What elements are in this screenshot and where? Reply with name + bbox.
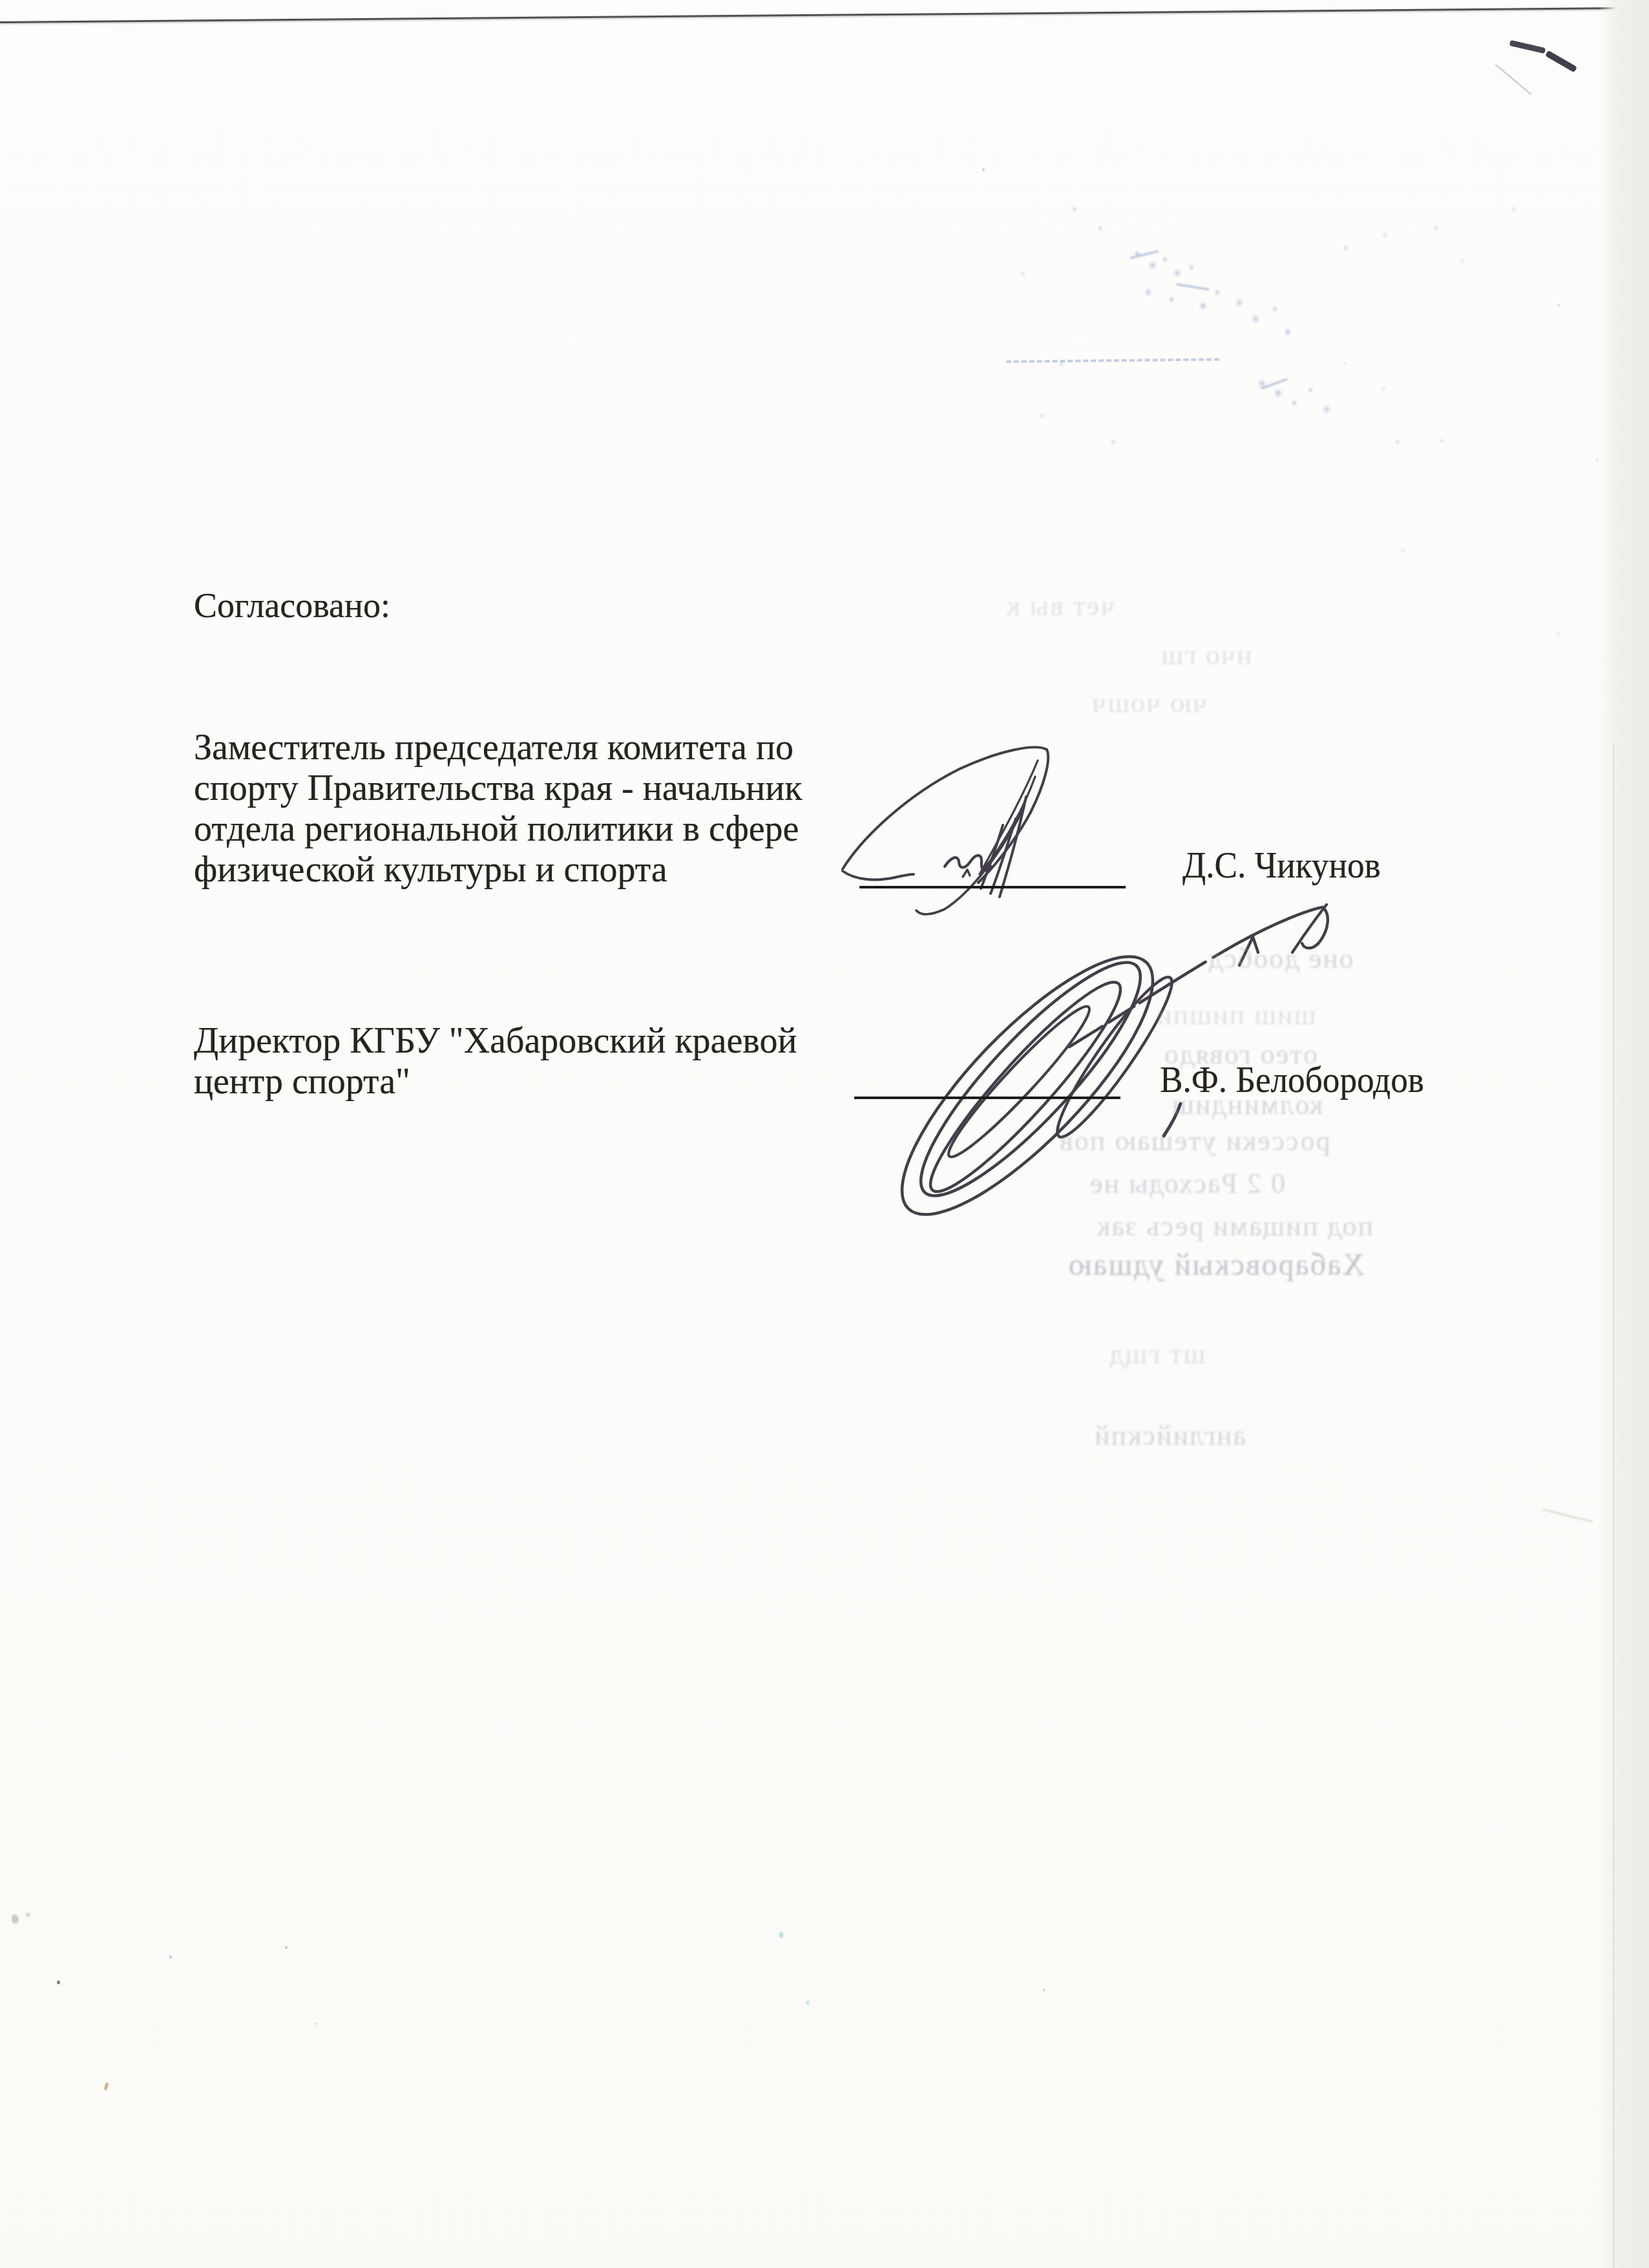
ink-bleed-dots bbox=[1344, 362, 1346, 364]
scan-right-edge-band bbox=[1599, 0, 1649, 2268]
signatory-1-title-line: физической культуры и спорта bbox=[194, 850, 802, 890]
approval-label: Согласовано: bbox=[194, 585, 390, 625]
ink-bleed-stroke bbox=[1176, 283, 1210, 291]
scan-speck bbox=[26, 1913, 30, 1917]
bleedthrough-text: шиш пишпи bbox=[1155, 998, 1316, 1031]
bleedthrough-text: шт гщд bbox=[1108, 1338, 1205, 1370]
bleedthrough-text: нчо гш bbox=[1160, 638, 1252, 671]
ink-bleed-stroke bbox=[1129, 249, 1159, 259]
scan-speck bbox=[315, 2022, 318, 2025]
ink-bleed-dots bbox=[982, 168, 985, 171]
signatory-1-title-line: отдела региональной политики в сфере bbox=[194, 809, 802, 850]
scan-speck bbox=[1043, 1989, 1045, 1991]
signatory-2-title: Директор КГБУ "Хабаровский краевой центр… bbox=[194, 1021, 797, 1102]
scan-speck bbox=[57, 1980, 60, 1984]
bleedthrough-text: оне дообсд bbox=[1207, 942, 1354, 975]
bleedthrough-text: колминдиш bbox=[1171, 1088, 1323, 1121]
signatory-1-name: Д.С. Чикунов bbox=[1182, 845, 1381, 887]
ink-bleed-stain bbox=[982, 168, 1564, 517]
signatory-1-title-line: Заместитель председателя комитета по bbox=[194, 728, 802, 768]
ink-bleed-dashed-line bbox=[1006, 358, 1219, 362]
staple-mark bbox=[1480, 26, 1622, 116]
signatory-2-title-line: Директор КГБУ "Хабаровский краевой bbox=[194, 1021, 797, 1062]
bleedthrough-text: чю чошч bbox=[1091, 686, 1207, 719]
bleedthrough-text: английскпй bbox=[1093, 1419, 1246, 1452]
scan-speck bbox=[12, 1915, 19, 1924]
scan-speck bbox=[169, 1955, 172, 1958]
scan-top-edge-line bbox=[0, 7, 1649, 23]
scanned-document-page: Согласовано: Заместитель председателя ко… bbox=[0, 0, 1649, 2268]
bleedthrough-text: россеки утешаю пов bbox=[1058, 1124, 1330, 1157]
bleedthrough-text: чет вы к bbox=[1005, 589, 1115, 622]
staple-scratch bbox=[1495, 64, 1531, 95]
bleedthrough-text: отео говядо bbox=[1163, 1038, 1318, 1071]
scan-speck bbox=[1557, 304, 1560, 307]
ink-bleed-stroke bbox=[1261, 378, 1288, 390]
signatory-1-title: Заместитель председателя комитета по спо… bbox=[194, 728, 802, 890]
signature-line bbox=[859, 886, 1126, 888]
bleedthrough-text: Хабаровскый удшаю bbox=[1067, 1247, 1365, 1283]
signatory-1-title-line: спорту Правительства края - начальник bbox=[194, 768, 802, 809]
bleedthrough-text: 0 2 Расходы не bbox=[1089, 1167, 1285, 1200]
bleedthrough-text: под пищами ресь зак bbox=[1095, 1210, 1373, 1243]
scan-speck bbox=[806, 2000, 809, 2005]
scan-crease bbox=[1542, 1508, 1593, 1522]
staple-mark-bar bbox=[1545, 50, 1577, 73]
staple-mark-bar bbox=[1509, 40, 1546, 54]
scan-speck bbox=[779, 1932, 783, 1938]
scan-speck bbox=[285, 1946, 288, 1949]
signature-line bbox=[854, 1097, 1120, 1099]
signatory-2-title-line: центр спорта" bbox=[194, 1062, 797, 1102]
signature-chikunov bbox=[834, 740, 1079, 924]
scan-speck bbox=[103, 2083, 109, 2091]
scan-right-edge-crease bbox=[1613, 743, 1614, 2268]
